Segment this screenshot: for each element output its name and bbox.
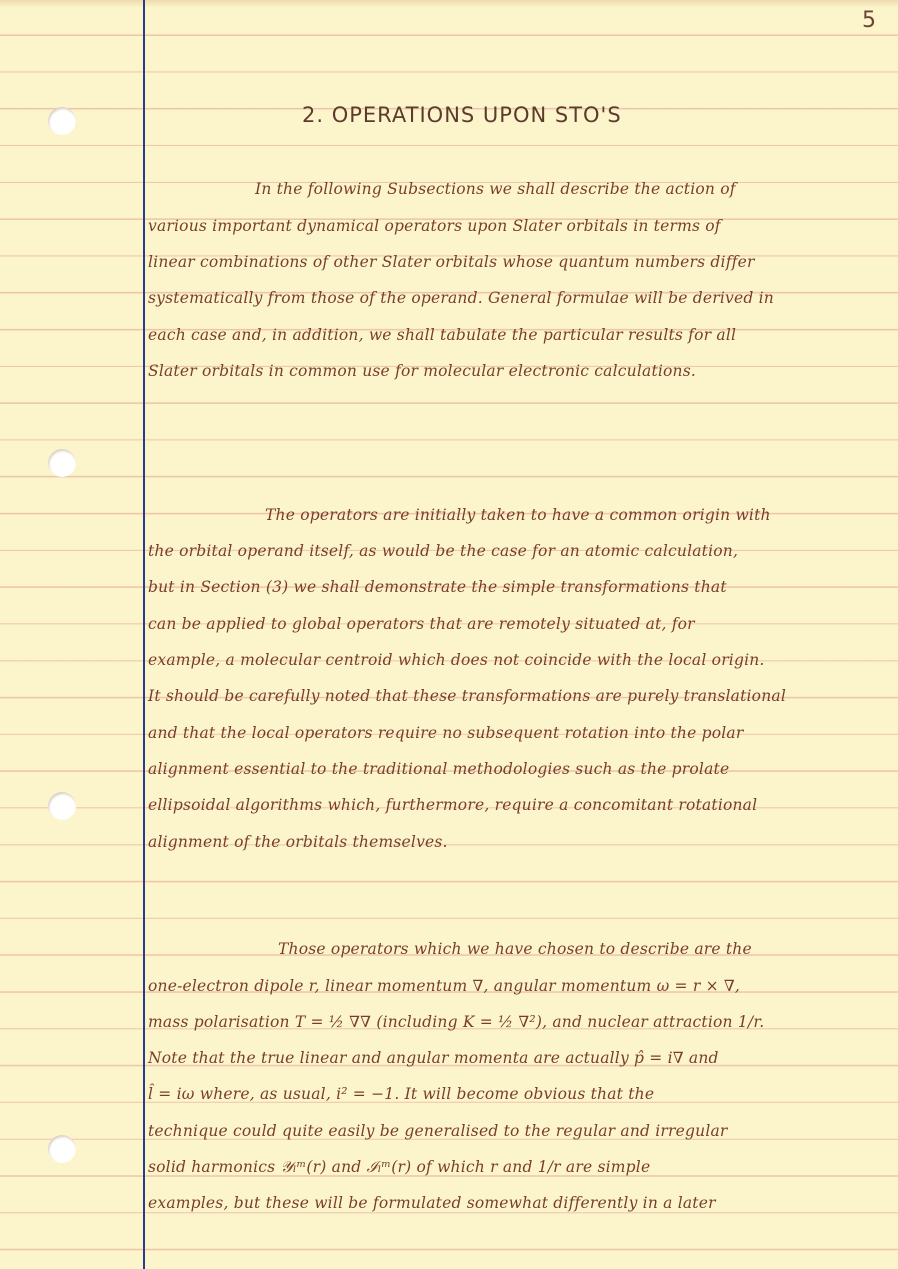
text-line: the orbital operand itself, as would be … — [148, 542, 888, 560]
text-line: example, a molecular centroid which does… — [148, 651, 888, 669]
text-line: alignment of the orbitals themselves. — [148, 833, 888, 851]
text-line: alignment essential to the traditional m… — [148, 760, 888, 778]
text-line: Slater orbitals in common use for molecu… — [148, 362, 888, 380]
text-line: The operators are initially taken to hav… — [265, 506, 898, 524]
margin-rule — [143, 0, 145, 1269]
section-title: 2. OPERATIONS UPON STO'S — [302, 103, 622, 127]
punch-hole — [48, 449, 76, 477]
punch-hole — [48, 1135, 76, 1163]
text-line: ellipsoidal algorithms which, furthermor… — [148, 796, 888, 814]
text-line: and that the local operators require no … — [148, 724, 888, 742]
text-line: It should be carefully noted that these … — [148, 687, 888, 705]
text-line: mass polarisation T = ½ ∇∇ (including K … — [148, 1013, 888, 1031]
text-line: technique could quite easily be generali… — [148, 1122, 888, 1140]
text-line: linear combinations of other Slater orbi… — [148, 253, 888, 271]
text-line: solid harmonics 𝒴ₗᵐ(r) and ℐₗᵐ(r) of whi… — [148, 1158, 888, 1177]
text-line: Those operators which we have chosen to … — [278, 940, 898, 958]
text-line: examples, but these will be formulated s… — [148, 1194, 888, 1212]
text-line: systematically from those of the operand… — [148, 289, 888, 307]
text-line: can be applied to global operators that … — [148, 615, 888, 633]
text-line: one-electron dipole r, linear momentum ∇… — [148, 977, 888, 995]
punch-hole — [48, 107, 76, 135]
text-line: In the following Subsections we shall de… — [255, 180, 898, 198]
text-line: various important dynamical operators up… — [148, 217, 888, 235]
punch-hole — [48, 792, 76, 820]
text-line: Note that the true linear and angular mo… — [148, 1049, 888, 1067]
text-line: each case and, in addition, we shall tab… — [148, 326, 888, 344]
page-number: 5 — [862, 8, 876, 33]
text-line: but in Section (3) we shall demonstrate … — [148, 578, 888, 596]
paper-edge-stain — [0, 0, 898, 8]
text-line: l̂ = iω where, as usual, i² = −1. It wil… — [148, 1085, 888, 1103]
